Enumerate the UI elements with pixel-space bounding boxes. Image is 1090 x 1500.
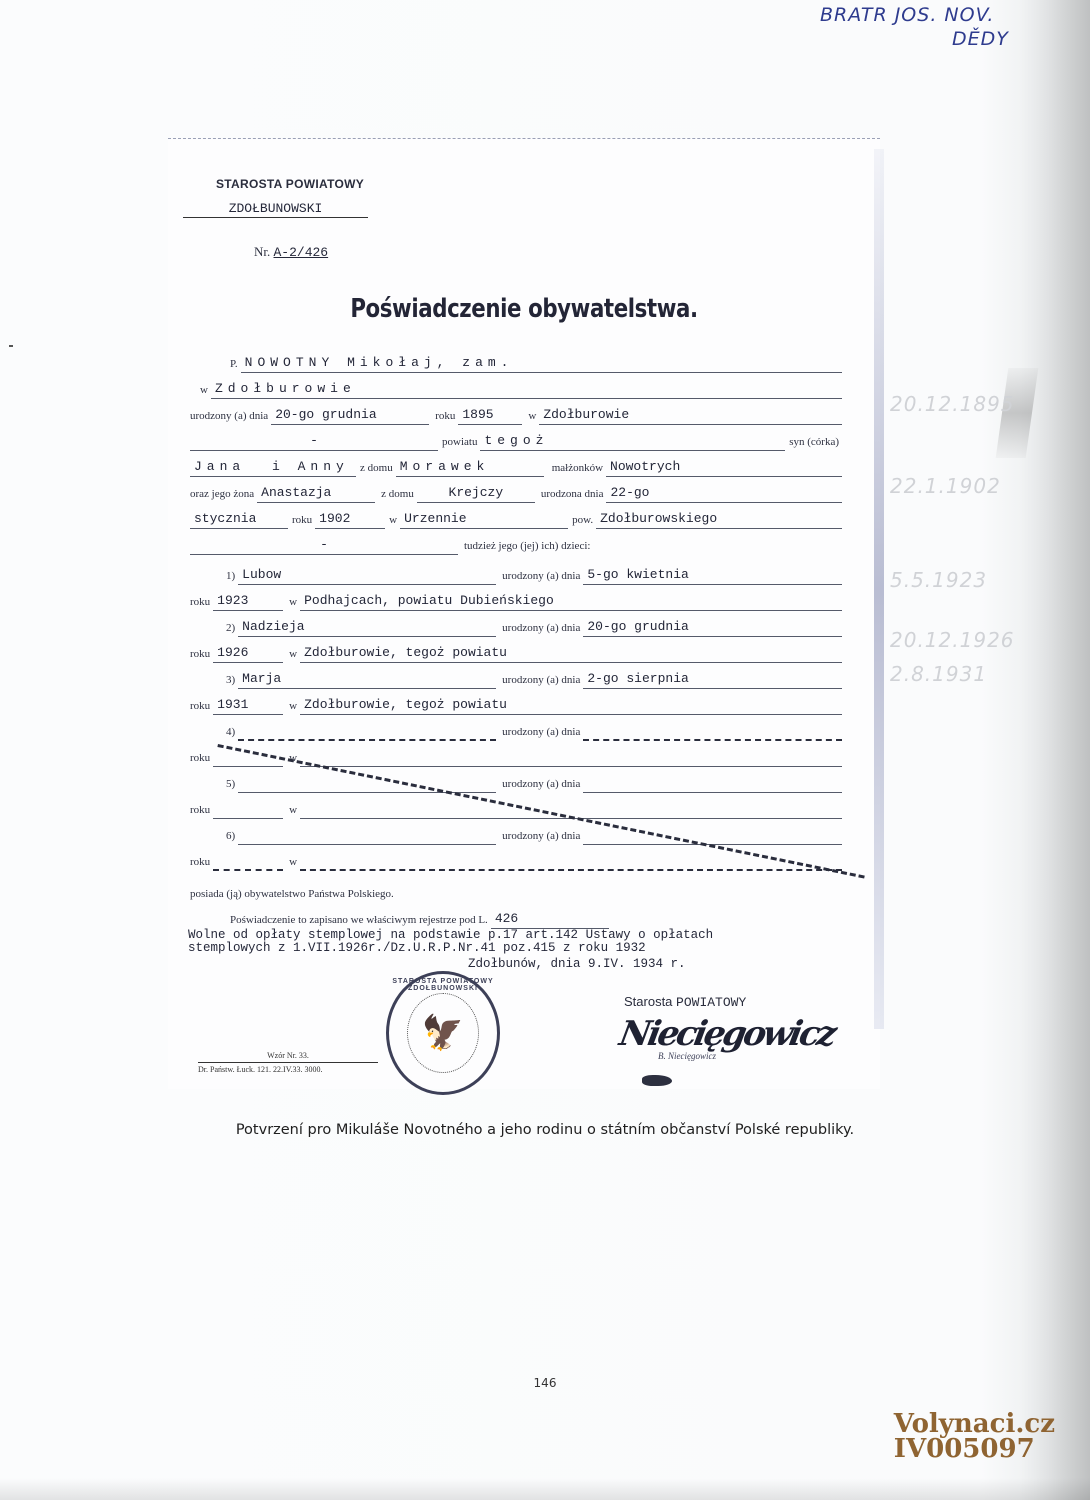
- child-in-label: w: [283, 856, 300, 871]
- child-birth-place: Podhajcach, powiatu Dubieńskiego: [300, 593, 842, 611]
- county-row: - powiatu tegoż syn (córka): [190, 429, 842, 451]
- child-year-label: roku: [190, 752, 213, 767]
- child-year-label: roku: [190, 804, 213, 819]
- child-in-label: w: [283, 804, 300, 819]
- birth-year: 1895: [458, 407, 522, 425]
- residence-value: Zdołburowie: [211, 381, 842, 399]
- county-label: powiatu: [438, 436, 480, 451]
- watermark: Volynaci.cz IV005097: [894, 1412, 1055, 1462]
- child-birth-place: [300, 749, 842, 767]
- handwritten-note-line2: DĚDY: [952, 28, 1009, 50]
- residence-prefix: w: [200, 384, 211, 399]
- number-label: Nr.: [254, 244, 270, 259]
- wife-birth-day: 22-go: [606, 485, 842, 503]
- wife-birth-county: Zdołburowskiego: [596, 511, 842, 529]
- child-name: Lubow: [238, 567, 496, 585]
- pencil-date: 20.12.1895: [890, 392, 1015, 416]
- child-name: [238, 827, 496, 845]
- child-born-label: urodzony (a) dnia: [496, 726, 583, 741]
- wife-birth-month: stycznia: [190, 511, 288, 529]
- wife-in-label: w: [385, 514, 400, 529]
- child-in-label: w: [283, 596, 300, 611]
- child-born-label: urodzony (a) dnia: [496, 830, 583, 845]
- child-row: 5)urodzony (a) dnia: [190, 771, 842, 793]
- children-intro-text: tudzież jego (jej) ich) dzieci:: [458, 540, 593, 555]
- wife-birth-year: 1902: [315, 511, 385, 529]
- child-birth-row: roku1923wPodhajcach, powiatu Dubieńskieg…: [190, 589, 842, 611]
- form-number: Wzór Nr. 33.: [198, 1051, 378, 1063]
- number-value: A-2/426: [274, 245, 329, 260]
- children-intro-row: - tudzież jego (jej) ich) dzieci:: [190, 533, 842, 555]
- child-number: 1): [226, 570, 238, 585]
- page-number: 146: [0, 1376, 1090, 1390]
- printer-info: Dr. Państw. Łuck. 121. 22.IV.33. 3000.: [198, 1063, 378, 1074]
- son-label: syn (córka): [785, 436, 842, 451]
- signature-label-text: Starosta: [624, 994, 672, 1009]
- wife-born-label: urodzona dnia: [535, 488, 607, 503]
- wife-year-label: roku: [288, 514, 315, 529]
- father-name: Jana: [190, 459, 268, 477]
- issuer-line1: STAROSTA POWIATOWY: [216, 177, 364, 191]
- pencil-date: 22.1.1902: [890, 474, 1001, 498]
- child-birth-place: Zdołburowie, tegoż powiatu: [300, 645, 842, 663]
- signature: Niecięgowicz: [616, 1014, 837, 1054]
- child-birth-year: [213, 801, 283, 819]
- child-row: 1)Lubowurodzony (a) dnia5-go kwietnia: [190, 563, 842, 585]
- child-birth-day: 2-go sierpnia: [583, 671, 842, 689]
- birth-day: 20-go grudnia: [271, 407, 429, 425]
- citizenship-text: posiada (ją) obywatelstwo Państwa Polski…: [190, 888, 397, 903]
- child-birth-year: 1931: [213, 697, 283, 715]
- certificate-title: Poświadczenie obywatelstwa.: [232, 294, 816, 324]
- wife-row: oraz jego żona Anastazja z domu Krejczy …: [190, 481, 842, 503]
- watermark-id: IV005097: [894, 1437, 1055, 1462]
- child-number: 6): [226, 830, 238, 845]
- residence-row: w Zdołburowie: [190, 377, 842, 399]
- in-label: w: [522, 410, 539, 425]
- child-year-label: roku: [190, 856, 213, 871]
- birth-place: Zdołburowie: [539, 407, 842, 425]
- child-number: 2): [226, 622, 238, 637]
- stamp-duty-note: Wolne od opłaty stemplowej na podstawie …: [188, 929, 713, 955]
- birth-row: urodzony (a) dnia 20-go grudnia roku 189…: [190, 403, 842, 425]
- child-born-label: urodzony (a) dnia: [496, 622, 583, 637]
- child-row: 3)Marjaurodzony (a) dnia2-go sierpnia: [190, 667, 842, 689]
- scan-edge: [874, 149, 884, 1029]
- child-birth-year: 1926: [213, 645, 283, 663]
- holder-name: NOWOTNY Mikołaj, zam.: [241, 355, 842, 373]
- mother-name: i Anny: [268, 459, 356, 477]
- child-birth-row: rokuw: [190, 745, 842, 767]
- caption: Potvrzení pro Mikuláše Novotného a jeho …: [0, 1122, 1090, 1138]
- signature-label-typed: POWIATOWY: [676, 995, 746, 1010]
- child-year-label: roku: [190, 648, 213, 663]
- certificate-number: Nr. A-2/426: [254, 244, 328, 260]
- place-date: Zdołbunów, dnia 9.IV. 1934 r.: [468, 957, 686, 971]
- page-bottom-shadow: [0, 1478, 1090, 1500]
- wife-name: Anastazja: [257, 485, 375, 503]
- child-birth-day: [583, 775, 842, 793]
- spouses-name: Nowotrych: [606, 459, 842, 477]
- mother-maiden-name: Morawek: [396, 459, 544, 477]
- child-in-label: w: [283, 648, 300, 663]
- child-born-label: urodzony (a) dnia: [496, 570, 583, 585]
- official-seal: STAROSTA POWIATOWY ZDOŁBUNOWSKI 🦅: [386, 971, 500, 1095]
- seal-text: STAROSTA POWIATOWY ZDOŁBUNOWSKI: [389, 978, 497, 992]
- child-row: 4)urodzony (a) dnia: [190, 719, 842, 741]
- child-born-label: urodzony (a) dnia: [496, 674, 583, 689]
- child-name: [238, 722, 496, 741]
- child-birth-day: [583, 827, 842, 845]
- child-birth-day: 5-go kwietnia: [583, 567, 842, 585]
- holder-prefix: P.: [230, 358, 241, 373]
- certificate-scan: STAROSTA POWIATOWY ZDOŁBUNOWSKI Nr. A-2/…: [168, 138, 880, 1089]
- child-row: 6)urodzony (a) dnia: [190, 823, 842, 845]
- wife-birth-row: stycznia roku 1902 w Urzennie pow. Zdołb…: [190, 507, 842, 529]
- maiden-label: z domu: [356, 462, 396, 477]
- child-number: 3): [226, 674, 238, 689]
- child-name: Nadzieja: [238, 619, 496, 637]
- child-year-label: roku: [190, 596, 213, 611]
- scan-speck: [9, 345, 13, 347]
- child-birth-place: Zdołburowie, tegoż powiatu: [300, 697, 842, 715]
- child-birth-row: rokuw: [190, 797, 842, 819]
- child-birth-row: roku1931wZdołburowie, tegoż powiatu: [190, 693, 842, 715]
- child-year-label: roku: [190, 700, 213, 715]
- wife-county-label: pow.: [568, 514, 596, 529]
- parents-row: Jana i Anny z domu Morawek małżonków Now…: [190, 455, 842, 477]
- page-edge-shadow: [1020, 0, 1090, 1500]
- birth-county: tegoż: [480, 433, 785, 451]
- child-name: [238, 775, 496, 793]
- children-intro-blank: -: [190, 537, 458, 555]
- wife-maiden-name: Krejczy: [417, 485, 535, 503]
- year-label: roku: [429, 410, 458, 425]
- wife-maiden-label: z domu: [375, 488, 417, 503]
- holder-row: P. NOWOTNY Mikołaj, zam.: [190, 351, 842, 373]
- wife-label: oraz jego żona: [190, 488, 257, 503]
- eagle-icon: 🦅: [407, 993, 479, 1073]
- child-birth-day: [583, 722, 842, 741]
- born-label: urodzony (a) dnia: [190, 410, 271, 425]
- pencil-date: 5.5.1923: [890, 568, 987, 592]
- handwritten-note-line1: BRATR JOS. NOV.: [820, 4, 994, 26]
- signature-name: B. Niecięgowicz: [658, 1051, 716, 1061]
- stamp-duty-line2: stemplowych z 1.VII.1926r./Dz.U.R.P.Nr.4…: [188, 942, 713, 955]
- register-number: 426: [491, 911, 609, 929]
- pencil-date: 20.12.1926: [890, 628, 1015, 652]
- child-row: 2)Nadziejaurodzony (a) dnia20-go grudnia: [190, 615, 842, 637]
- register-row: Poświadczenie to zapisano we właściwym r…: [190, 907, 842, 929]
- ink-blot: [642, 1075, 672, 1086]
- signature-label: Starosta POWIATOWY: [624, 994, 746, 1010]
- child-birth-row: roku1926wZdołburowie, tegoż powiatu: [190, 641, 842, 663]
- form-number-block: Wzór Nr. 33. Dr. Państw. Łuck. 121. 22.I…: [198, 1051, 378, 1074]
- child-number: 4): [226, 726, 238, 741]
- child-birth-year: 1923: [213, 593, 283, 611]
- child-name: Marja: [238, 671, 496, 689]
- citizenship-row: posiada (ją) obywatelstwo Państwa Polski…: [190, 881, 842, 903]
- pencil-date: 2.8.1931: [890, 662, 987, 686]
- spouses-label: małżonków: [544, 462, 606, 477]
- wife-birth-place: Urzennie: [400, 511, 568, 529]
- child-born-label: urodzony (a) dnia: [496, 778, 583, 793]
- child-birth-year: [213, 852, 283, 871]
- issuer-line2: ZDOŁBUNOWSKI: [183, 201, 368, 218]
- child-in-label: w: [283, 700, 300, 715]
- child-birth-day: 20-go grudnia: [583, 619, 842, 637]
- blank-field: -: [190, 433, 438, 451]
- child-number: 5): [226, 778, 238, 793]
- register-text: Poświadczenie to zapisano we właściwym r…: [230, 914, 491, 929]
